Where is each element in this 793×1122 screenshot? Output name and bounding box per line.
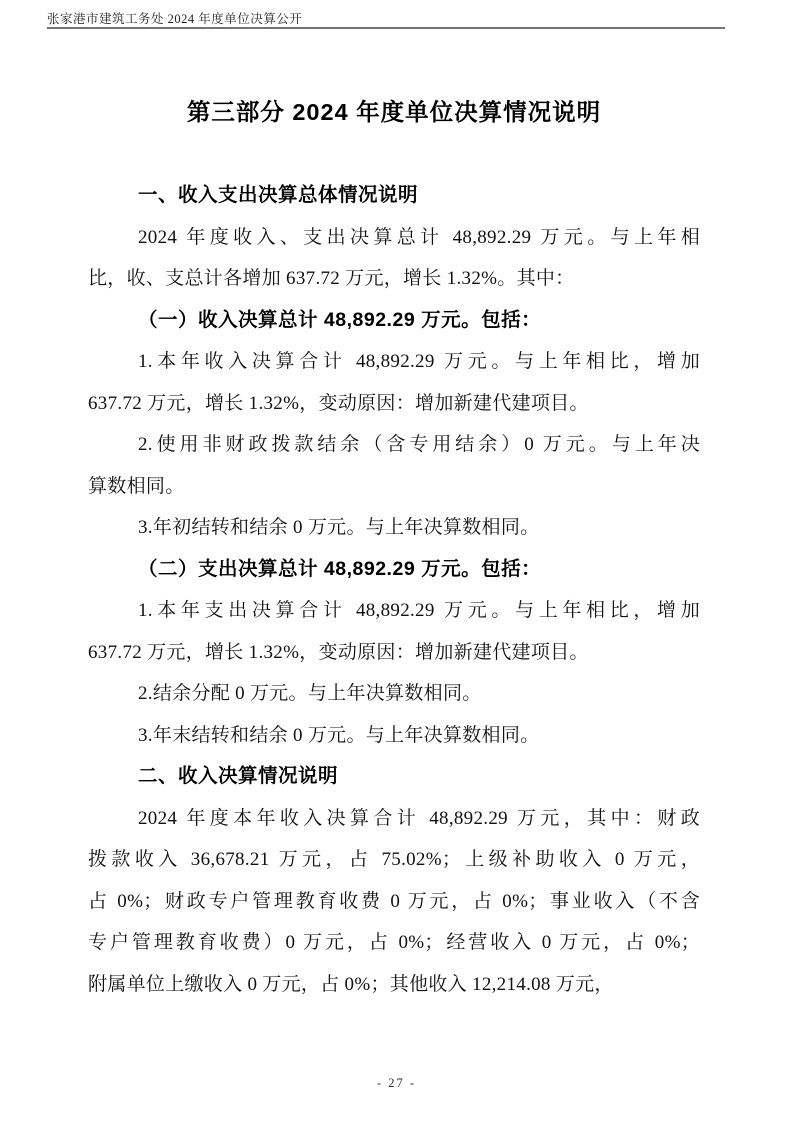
page-number: - 27 - xyxy=(377,1076,416,1090)
text-line: 附属单位上缴收入 0 万元，占 0%；其他收入 12,214.08 万元， xyxy=(88,964,700,1006)
paragraph: 2.结余分配 0 万元。与上年决算数相同。 xyxy=(88,673,700,715)
text-line: 算数相同。 xyxy=(88,466,700,508)
section-heading: （一）收入决算总计 48,892.29 万元。包括： xyxy=(88,300,700,342)
text-line: 1.本年收入决算合计 48,892.29 万元。与上年相比，增加 xyxy=(88,341,700,383)
page-footer: - 27 - xyxy=(0,1076,793,1091)
paragraph: 1.本年支出决算合计 48,892.29 万元。与上年相比，增加637.72 万… xyxy=(88,590,700,673)
text-line: 拨款收入 36,678.21 万元，占 75.02%；上级补助收入 0 万元， xyxy=(88,839,700,881)
document-body: 一、收入支出决算总体情况说明2024 年度收入、支出决算总计 48,892.29… xyxy=(88,175,700,1005)
text-line: 637.72 万元，增长 1.32%，变动原因：增加新建代建项目。 xyxy=(88,632,700,674)
paragraph: 3.年初结转和结余 0 万元。与上年决算数相同。 xyxy=(88,507,700,549)
text-line: 2024 年度收入、支出决算总计 48,892.29 万元。与上年相 xyxy=(88,217,700,259)
document-title: 第三部分 2024 年度单位决算情况说明 xyxy=(88,92,700,132)
section-heading: 一、收入支出决算总体情况说明 xyxy=(88,175,700,217)
paragraph: 3.年末结转和结余 0 万元。与上年决算数相同。 xyxy=(88,715,700,757)
text-line: 1.本年支出决算合计 48,892.29 万元。与上年相比，增加 xyxy=(88,590,700,632)
text-line: 占 0%；财政专户管理教育收费 0 万元，占 0%；事业收入（不含 xyxy=(88,881,700,923)
text-line: 2.结余分配 0 万元。与上年决算数相同。 xyxy=(88,673,700,715)
document-page: 张家港市建筑工务处 2024 年度单位决算公开 第三部分 2024 年度单位决算… xyxy=(0,0,793,1122)
page-header: 张家港市建筑工务处 2024 年度单位决算公开 xyxy=(47,9,302,27)
document-content: 第三部分 2024 年度单位决算情况说明 一、收入支出决算总体情况说明2024 … xyxy=(88,92,700,1005)
text-line: 637.72 万元，增长 1.32%，变动原因：增加新建代建项目。 xyxy=(88,383,700,425)
paragraph: 2024 年度收入、支出决算总计 48,892.29 万元。与上年相比，收、支总… xyxy=(88,217,700,300)
paragraph: 2.使用非财政拨款结余（含专用结余）0 万元。与上年决算数相同。 xyxy=(88,424,700,507)
header-rule xyxy=(47,27,725,29)
text-line: 3.年末结转和结余 0 万元。与上年决算数相同。 xyxy=(88,715,700,757)
text-line: 2.使用非财政拨款结余（含专用结余）0 万元。与上年决 xyxy=(88,424,700,466)
text-line: 2024 年度本年收入决算合计 48,892.29 万元，其中：财政 xyxy=(88,798,700,840)
paragraph: 2024 年度本年收入决算合计 48,892.29 万元，其中：财政拨款收入 3… xyxy=(88,798,700,1006)
text-line: 专户管理教育收费）0 万元，占 0%；经营收入 0 万元，占 0%； xyxy=(88,922,700,964)
section-heading: （二）支出决算总计 48,892.29 万元。包括： xyxy=(88,549,700,591)
text-line: 比，收、支总计各增加 637.72 万元，增长 1.32%。其中： xyxy=(88,258,700,300)
paragraph: 1.本年收入决算合计 48,892.29 万元。与上年相比，增加637.72 万… xyxy=(88,341,700,424)
text-line: 3.年初结转和结余 0 万元。与上年决算数相同。 xyxy=(88,507,700,549)
section-heading: 二、收入决算情况说明 xyxy=(88,756,700,798)
